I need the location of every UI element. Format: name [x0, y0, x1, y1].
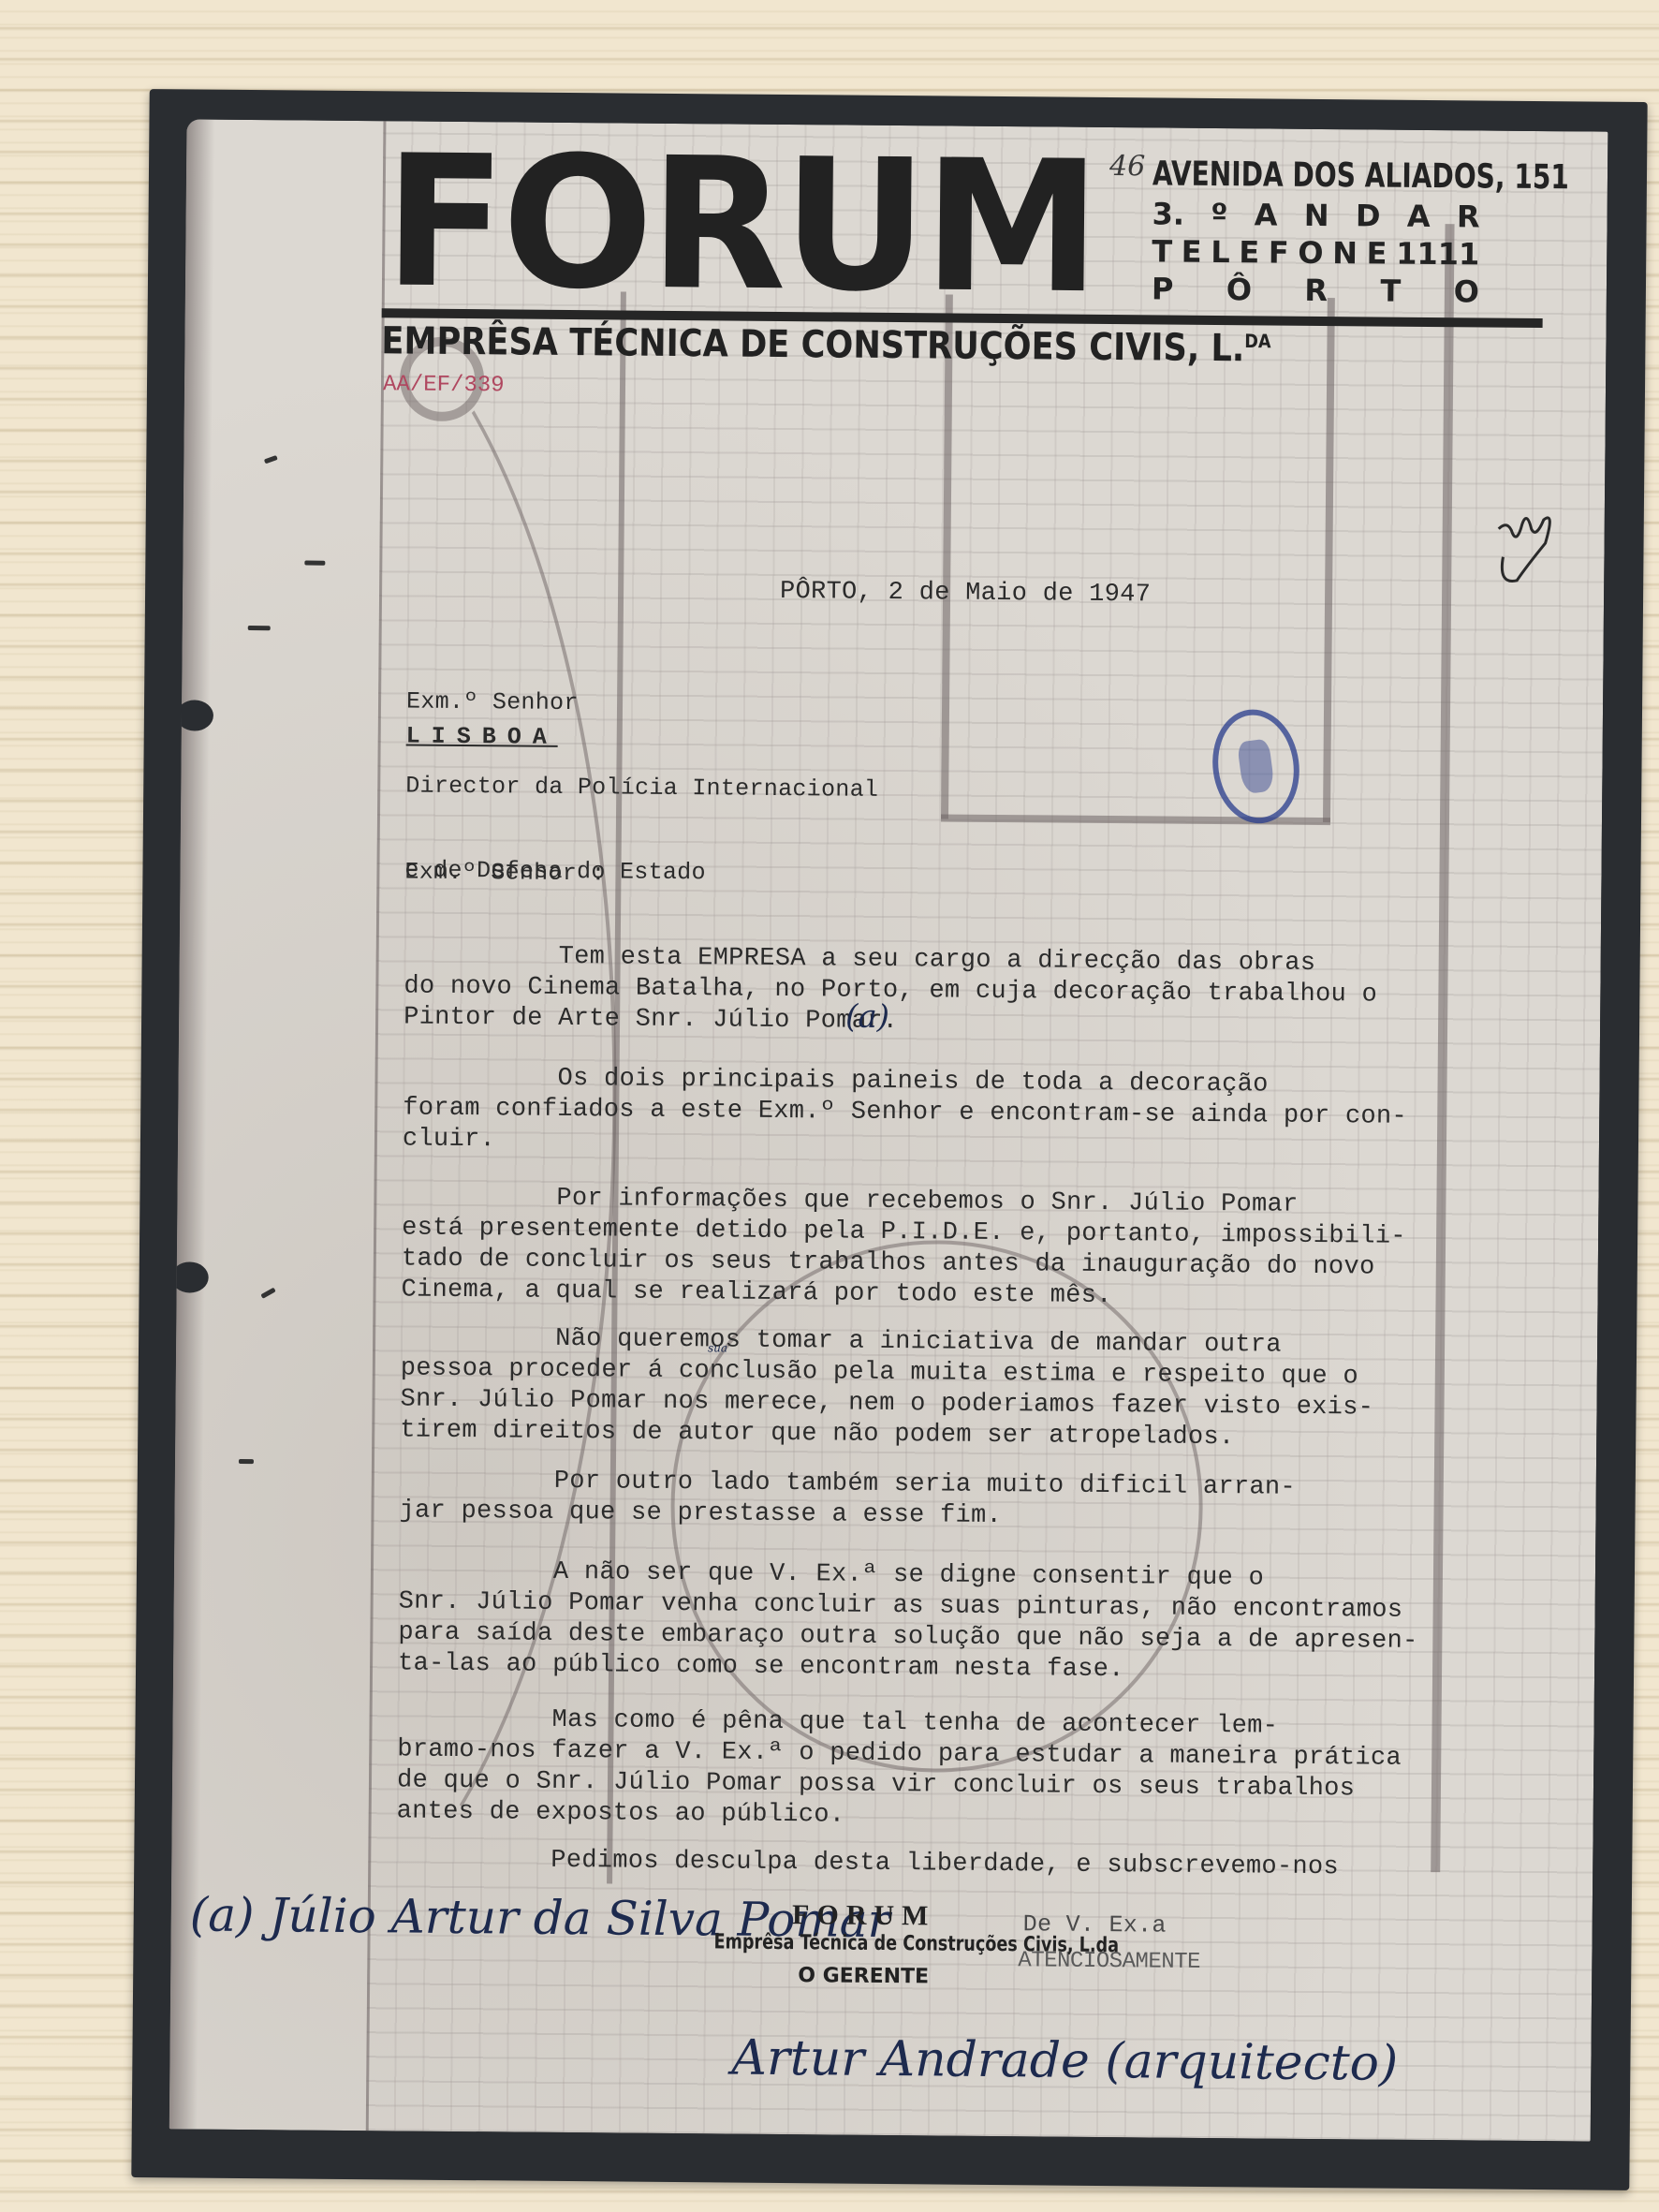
manager-signature: Artur Andrade (arquitecto) [731, 2030, 1398, 2092]
recipient-block: Exm.º Senhor Director da Polícia Interna… [404, 631, 880, 944]
punch-hole [171, 1261, 209, 1292]
signature-block: FORUM Emprêsa Técnica de Construções Civ… [676, 1898, 1051, 1989]
handwritten-insertion: sua [708, 1341, 727, 1354]
company-logo: FORUM [384, 138, 1116, 312]
paragraph-2: Os dois principais paineis de toda a dec… [403, 1062, 1407, 1163]
paragraph-3: Por informações que recebemos o Snr. Júl… [401, 1182, 1406, 1314]
paragraph-7: Mas como é pêna que tal tenha de acontec… [397, 1703, 1402, 1836]
paper-tear [248, 626, 271, 630]
footnote-marker: (a) [845, 998, 889, 1036]
reference-number: AA/EF/339 [383, 372, 505, 398]
paragraph-4: Não queremos tomar a iniciativa de manda… [400, 1322, 1374, 1454]
closing-company-logo: FORUM [677, 1898, 1051, 1933]
telephone-line: T E L E F O N E 1111 [1152, 232, 1479, 273]
closing-company-name: Emprêsa Técnica de Construções Civis, L.… [713, 1930, 1013, 1956]
letterhead-address: AVENIDA DOS ALIADOS, 151 3. º A N D A R … [1152, 154, 1527, 310]
paragraph-1: Tem esta EMPRESA a seu cargo a direcção … [404, 940, 1377, 1041]
signatory-role: O GERENTE [676, 1963, 1050, 1989]
floor-line: 3. º A N D A R [1152, 195, 1479, 235]
stamp-emblem-icon [1237, 738, 1275, 794]
paper-tear [304, 561, 325, 566]
document-frame: FORUM 46 AVENIDA DOS ALIADOS, 151 3. º A… [131, 89, 1647, 2190]
initials-signature [1489, 492, 1564, 586]
letter-date: PÔRTO, 2 de Maio de 1947 [780, 577, 1151, 611]
paper-tear [239, 1459, 254, 1464]
street-address: AVENIDA DOS ALIADOS, 151 [1152, 154, 1445, 198]
paragraph-6: A não ser que V. Ex.ª se digne consentir… [398, 1556, 1418, 1688]
company-name: EMPRÊSA TÉCNICA DE CONSTRUÇÕES CIVIS, L.… [381, 319, 1403, 372]
city-line: P Ô R T O [1152, 270, 1479, 310]
punch-hole [176, 700, 213, 730]
letter-paper: FORUM 46 AVENIDA DOS ALIADOS, 151 3. º A… [169, 119, 1608, 2141]
page-number-annotation: 46 [1109, 150, 1145, 183]
paragraph-5: Por outro lado também seria muito difici… [399, 1465, 1296, 1534]
salutation: Exm.º Senhor : [404, 856, 606, 889]
recipient-city: LISBOA [406, 720, 558, 752]
